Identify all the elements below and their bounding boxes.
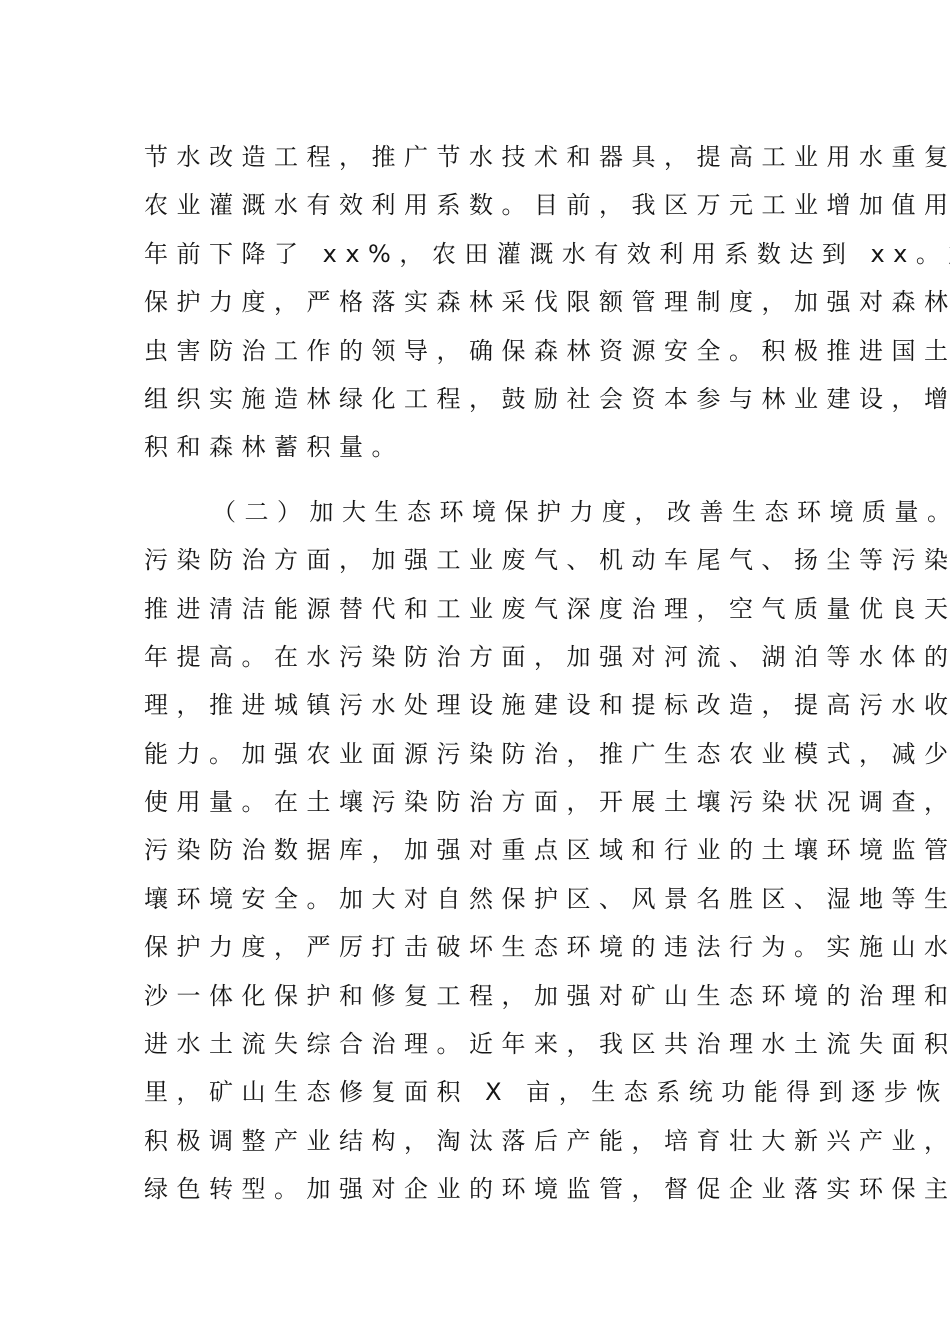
- text-line: 年提高。在水污染防治方面，加强对河流、湖泊等水体的监测和治: [144, 633, 816, 681]
- text-line: 里，矿山生态修复面积 X 亩，生态系统功能得到逐步恢复和提升。: [144, 1068, 816, 1116]
- text-line: 农业灌溉水有效利用系数。目前，我区万元工业增加值用水量较五: [144, 181, 816, 229]
- text-line: 保护力度，严格落实森林采伐限额管理制度，加强对森林防火和病: [144, 278, 816, 326]
- body-text: 节水改造工程，推广节水技术和器具，提高工业用水重复利用率和 农业灌溉水有效利用系…: [144, 133, 816, 1214]
- text-line: 积和森林蓄积量。: [144, 423, 816, 471]
- text-line: 壤环境安全。加大对自然保护区、风景名胜区、湿地等生态系统的: [144, 875, 816, 923]
- text-line: 绿色转型。加强对企业的环境监管，督促企业落实环保主体责任，: [144, 1165, 816, 1213]
- document-page: 节水改造工程，推广节水技术和器具，提高工业用水重复利用率和 农业灌溉水有效利用系…: [0, 0, 950, 1344]
- text-line: 沙一体化保护和修复工程，加强对矿山生态环境的治理和修复，推: [144, 972, 816, 1020]
- text-line: 节水改造工程，推广节水技术和器具，提高工业用水重复利用率和: [144, 133, 816, 181]
- text-line: 积极调整产业结构，淘汰落后产能，培育壮大新兴产业，推动产业: [144, 1117, 816, 1165]
- text-line: 理，推进城镇污水处理设施建设和提标改造，提高污水收集和处理: [144, 681, 816, 729]
- text-line: 能力。加强农业面源污染防治，推广生态农业模式，减少化肥农药: [144, 730, 816, 778]
- text-line: 年前下降了 xx%，农田灌溉水有效利用系数达到 xx。加大森林资源: [144, 230, 816, 278]
- text-line: 污染防治数据库，加强对重点区域和行业的土壤环境监管，确保土: [144, 826, 816, 874]
- text-line: 保护力度，严厉打击破坏生态环境的违法行为。实施山水林田湖草: [144, 923, 816, 971]
- text-line: 使用量。在土壤污染防治方面，开展土壤污染状况调查，建立土壤: [144, 778, 816, 826]
- section-heading-line: （二）加大生态环境保护力度，改善生态环境质量。在大气: [144, 488, 816, 536]
- paragraph-forest-water: 节水改造工程，推广节水技术和器具，提高工业用水重复利用率和 农业灌溉水有效利用系…: [144, 133, 816, 472]
- text-line: 虫害防治工作的领导，确保森林资源安全。积极推进国土绿化行动，: [144, 327, 816, 375]
- text-line: 进水土流失综合治理。近年来，我区共治理水土流失面积 X 平方公: [144, 1020, 816, 1068]
- text-line: 组织实施造林绿化工程，鼓励社会资本参与林业建设，增加森林面: [144, 375, 816, 423]
- paragraph-section-two: （二）加大生态环境保护力度，改善生态环境质量。在大气 污染防治方面，加强工业废气…: [144, 488, 816, 1214]
- paragraph-spacer: [144, 472, 816, 488]
- text-line: 推进清洁能源替代和工业废气深度治理，空气质量优良天数比例逐: [144, 585, 816, 633]
- text-line: 污染防治方面，加强工业废气、机动车尾气、扬尘等污染源的管控，: [144, 536, 816, 584]
